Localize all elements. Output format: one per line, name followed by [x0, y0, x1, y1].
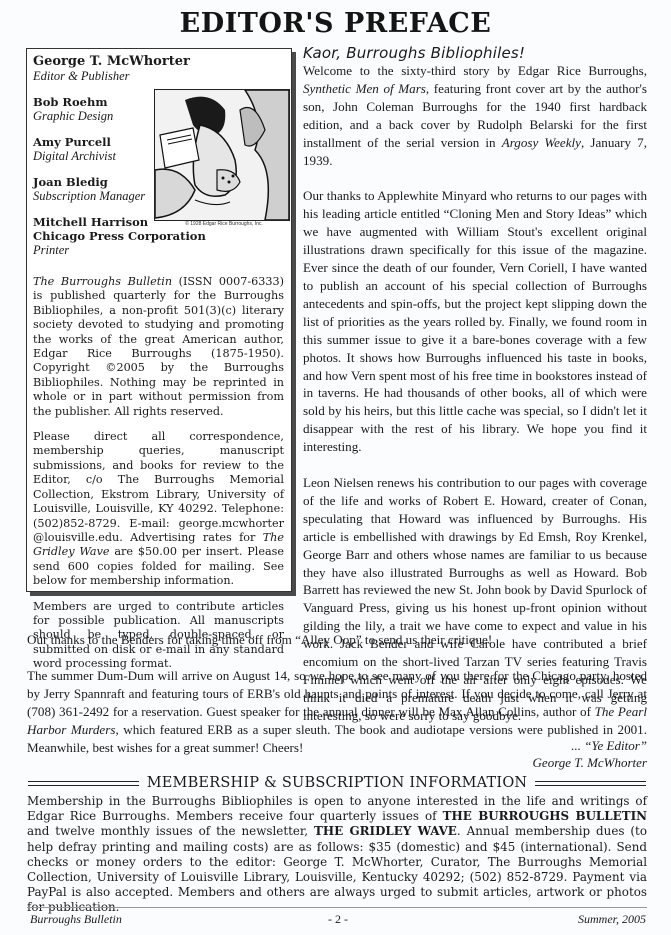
membership-text: Membership in the Burroughs Bibliophiles…: [27, 794, 647, 916]
publication-statement: The Burroughs Bulletin (ISSN 0007-6333) …: [33, 275, 284, 419]
membership-title: MEMBERSHIP & SUBSCRIPTION INFORMATION: [139, 775, 536, 791]
footer-issue: Summer, 2005: [578, 912, 646, 927]
masthead-text: The Burroughs Bulletin (ISSN 0007-6333) …: [33, 275, 284, 683]
staff-company: Chicago Press Corporation: [33, 229, 285, 243]
footer-divider: [27, 907, 647, 908]
benders-thanks: Our thanks to the Benders for taking tim…: [27, 631, 647, 649]
paragraph-text: The summer Dum-Dum will arrive on August…: [27, 668, 647, 719]
staff-name: George T. McWhorter: [33, 55, 285, 69]
editor-signature: George T. McWhorter: [347, 754, 647, 771]
contact-text: Please direct all correspondence, member…: [33, 430, 284, 544]
statement-text: (ISSN 0007-6333) is published quarterly …: [33, 275, 284, 418]
contact-info: Please direct all correspondence, member…: [33, 430, 284, 588]
magazine-page: EDITOR'S PREFACE George T. McWhorter Edi…: [0, 0, 671, 935]
page-number: - 2 -: [30, 912, 646, 927]
book-title: Synthetic Men of Mars: [303, 81, 426, 96]
divider-rule: [535, 781, 646, 786]
newsletter-name: THE GRIDLEY WAVE: [314, 824, 457, 838]
publication-name: The Burroughs Bulletin: [33, 275, 172, 288]
staff-role: Printer: [33, 243, 285, 257]
bulletin-name: THE BURROUGHS BULLETIN: [443, 809, 647, 823]
artwork-copyright: © 1928 Edgar Rice Burroughs, Inc.: [159, 221, 289, 227]
membership-copy: and twelve monthly issues of the newslet…: [27, 824, 314, 838]
preface-paragraph: Welcome to the sixty-third story by Edga…: [303, 62, 647, 169]
masthead-box: George T. McWhorter Editor & Publisher B…: [26, 48, 292, 592]
page-title: EDITOR'S PREFACE: [0, 8, 671, 39]
preface-paragraph: Our thanks to the Benders for taking tim…: [27, 631, 647, 649]
staff-entry: George T. McWhorter Editor & Publisher: [33, 55, 285, 83]
preface-paragraph: Our thanks to Applewhite Minyard who ret…: [303, 187, 647, 456]
page-footer: Burroughs Bulletin - 2 - Summer, 2005: [30, 912, 646, 927]
tarzan-illustration: [154, 89, 290, 221]
divider-rule: [28, 781, 139, 786]
paragraph-text: Welcome to the sixty-third story by Edga…: [303, 63, 647, 78]
staff-role: Editor & Publisher: [33, 69, 285, 83]
magazine-title: Argosy Weekly: [502, 135, 581, 150]
tarzan-illustration-icon: [155, 90, 289, 220]
signoff: ... “Ye Editor”: [347, 737, 647, 754]
membership-heading: MEMBERSHIP & SUBSCRIPTION INFORMATION: [28, 773, 646, 793]
greeting: Kaor, Burroughs Bibliophiles!: [303, 44, 647, 62]
